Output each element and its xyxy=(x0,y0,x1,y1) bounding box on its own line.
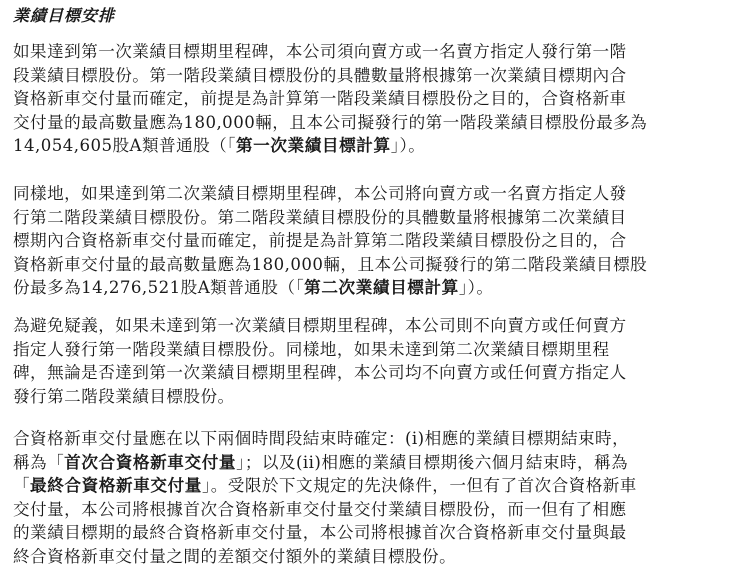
text-line: 發行第二階段業績目標股份。 xyxy=(13,385,738,409)
text-segment: 「 xyxy=(13,476,30,495)
text-line: 資格新車交付量而確定，前提是為計算第一階段業績目標股份之目的，合資格新車 xyxy=(13,87,738,111)
document-page: 業績目標安排 如果達到第一次業績目標期里程碑，本公司須向賣方或一名賣方指定人發行… xyxy=(0,0,745,574)
text-line: 合資格新車交付量應在以下兩個時間段結束時確定：(i)相應的業績目標期結束時， xyxy=(13,427,738,451)
text-line: 同樣地，如果達到第二次業績目標期里程碑，本公司將向賣方或一名賣方指定人發 xyxy=(13,182,738,206)
text-segment: 指定人發行第一階段業績目標股份。同樣地，如果未達到第二次業績目標期里程 xyxy=(13,340,610,359)
text-line: 標期內合資格新車交付量而確定，前提是為計算第二階段業績目標股份之目的，合 xyxy=(13,229,738,253)
text-segment: 合資格新車交付量應在以下兩個時間段結束時確定：(i)相應的業績目標期結束時， xyxy=(13,429,629,448)
text-segment: 終合資格新車交付量之間的差額交付額外的業績目標股份。 xyxy=(13,547,456,566)
paragraph-avoidance-of-doubt: 為避免疑義，如果未達到第一次業績目標期里程碑，本公司則不向賣方或任何賣方指定人發… xyxy=(13,314,738,408)
text-line: 交付量的最高數量應為180,000輛，且本公司擬發行的第一階段業績目標股份最多為 xyxy=(13,111,738,135)
text-line: 交付量，本公司將根據首次合資格新車交付量交付業績目標股份，而一但有了相應 xyxy=(13,498,738,522)
defined-term: 第二次業績目標計算 xyxy=(304,278,459,297)
text-segment: 行第二階段業績目標股份。第二階段業績目標股份的具體數量將根據第二次業績目 xyxy=(13,208,627,227)
text-segment: 發行第二階段業績目標股份。 xyxy=(13,387,235,406)
text-line: 「最終合資格新車交付量」。受限於下文規定的先決條件，一但有了首次合資格新車 xyxy=(13,474,738,498)
text-segment: 交付量的最高數量應為180,000輛，且本公司擬發行的第一階段業績目標股份最多為 xyxy=(13,113,647,132)
defined-term: 第一次業績目標計算 xyxy=(236,136,391,155)
text-line: 稱為「首次合資格新車交付量」；以及(ii)相應的業績目標期後六個月結束時，稱為 xyxy=(13,451,738,475)
text-line: 的業績目標期的最終合資格新車交付量，本公司將根據首次合資格新車交付量與最 xyxy=(13,521,738,545)
text-line: 份最多為14,276,521股A類普通股（「第二次業績目標計算」）。 xyxy=(13,276,738,300)
text-segment: 碑，無論是否達到第一次業績目標期里程碑，本公司均不向賣方或任何賣方指定人 xyxy=(13,363,627,382)
text-segment: 為避免疑義，如果未達到第一次業績目標期里程碑，本公司則不向賣方或任何賣方 xyxy=(13,316,627,335)
text-segment: 資格新車交付量的最高數量應為180,000輛，且本公司擬發行的第二階段業績目標股 xyxy=(13,255,647,274)
text-segment: 資格新車交付量而確定，前提是為計算第一階段業績目標股份之目的，合資格新車 xyxy=(13,89,627,108)
text-line: 為避免疑義，如果未達到第一次業績目標期里程碑，本公司則不向賣方或任何賣方 xyxy=(13,314,738,338)
text-line: 碑，無論是否達到第一次業績目標期里程碑，本公司均不向賣方或任何賣方指定人 xyxy=(13,361,738,385)
text-segment: 段業績目標股份。第一階段業績目標股份的具體數量將根據第一次業績目標期內合 xyxy=(13,66,627,85)
text-segment: 」；以及(ii)相應的業績目標期後六個月結束時，稱為 xyxy=(236,453,628,472)
paragraph-first-milestone: 如果達到第一次業績目標期里程碑，本公司須向賣方或一名賣方指定人發行第一階段業績目… xyxy=(13,40,738,158)
text-line: 指定人發行第一階段業績目標股份。同樣地，如果未達到第二次業績目標期里程 xyxy=(13,338,738,362)
text-segment: 」）。 xyxy=(391,136,426,155)
text-segment: 」）。 xyxy=(459,278,494,297)
defined-term: 首次合資格新車交付量 xyxy=(64,453,236,472)
defined-term: 最終合資格新車交付量 xyxy=(30,476,202,495)
text-line: 段業績目標股份。第一階段業績目標股份的具體數量將根據第一次業績目標期內合 xyxy=(13,64,738,88)
paragraph-second-milestone: 同樣地，如果達到第二次業績目標期里程碑，本公司將向賣方或一名賣方指定人發行第二階… xyxy=(13,182,738,300)
text-segment: 同樣地，如果達到第二次業績目標期里程碑，本公司將向賣方或一名賣方指定人發 xyxy=(13,184,627,203)
text-line: 終合資格新車交付量之間的差額交付額外的業績目標股份。 xyxy=(13,545,738,569)
text-segment: 交付量，本公司將根據首次合資格新車交付量交付業績目標股份，而一但有了相應 xyxy=(13,500,627,519)
section-heading: 業績目標安排 xyxy=(13,6,115,26)
text-line: 資格新車交付量的最高數量應為180,000輛，且本公司擬發行的第二階段業績目標股 xyxy=(13,253,738,277)
text-segment: 標期內合資格新車交付量而確定，前提是為計算第二階段業績目標股份之目的，合 xyxy=(13,231,627,250)
text-segment: 的業績目標期的最終合資格新車交付量，本公司將根據首次合資格新車交付量與最 xyxy=(13,523,627,542)
text-segment: 如果達到第一次業績目標期里程碑，本公司須向賣方或一名賣方指定人發行第一階 xyxy=(13,42,627,61)
text-line: 14,054,605股A類普通股（「第一次業績目標計算」）。 xyxy=(13,134,738,158)
text-segment: 14,054,605股A類普通股（「 xyxy=(13,136,236,155)
text-segment: 」。受限於下文規定的先決條件，一但有了首次合資格新車 xyxy=(202,476,637,495)
text-segment: 稱為「 xyxy=(13,453,64,472)
text-line: 行第二階段業績目標股份。第二階段業績目標股份的具體數量將根據第二次業績目 xyxy=(13,206,738,230)
paragraph-qualified-deliveries: 合資格新車交付量應在以下兩個時間段結束時確定：(i)相應的業績目標期結束時，稱為… xyxy=(13,427,738,568)
text-segment: 份最多為14,276,521股A類普通股（「 xyxy=(13,278,304,297)
text-line: 如果達到第一次業績目標期里程碑，本公司須向賣方或一名賣方指定人發行第一階 xyxy=(13,40,738,64)
